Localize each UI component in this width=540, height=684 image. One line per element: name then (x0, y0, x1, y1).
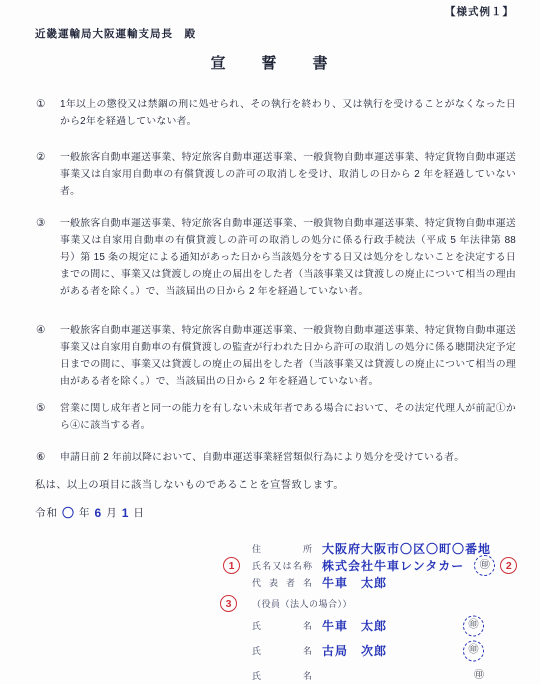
date-day-value: 1 (122, 506, 130, 520)
seal-glyph: ㊞ (469, 621, 479, 631)
item-number: ③ (36, 215, 60, 300)
oath-document-page: 【様式例１】 近畿運輸局大阪運輸支局長 殿 宣 誓 書 ① 1年以上の懲役又は禁… (0, 0, 540, 684)
officer-name-value: 牛車 太郎 (322, 617, 440, 634)
officer-seal-icon: ㊞ (463, 615, 484, 636)
officer-name-label: 氏名 (252, 619, 312, 632)
oath-item-3: ③ 一般旅客自動車運送事業、特定旅客自動車運送事業、一般貨物自動車運送事業、特定… (36, 215, 516, 300)
date-month-value: 6 (95, 506, 103, 520)
item-number: ② (36, 149, 60, 200)
oath-item-6: ⑥ 申請日前 2 年前以降において、自動車運送事業経営類似行為により処分を受けて… (36, 449, 516, 466)
item-text: 一般旅客自動車運送事業、特定旅客自動車運送事業、一般貨物自動車運送事業、特定貨物… (60, 149, 516, 200)
day-label: 日 (133, 505, 145, 520)
form-style-tag: 【様式例１】 (445, 4, 514, 19)
officers-note: （役員（法人の場合）） (252, 597, 352, 610)
officer-seal-icon: ㊞ (463, 640, 484, 661)
officer-row-1: 氏名 牛車 太郎 ㊞ (224, 613, 526, 638)
item-number: ⑥ (36, 449, 60, 466)
seal-glyph: ㊞ (480, 561, 490, 571)
era-label: 令和 (35, 505, 58, 520)
date-line: 令和 〇 年 6 月 1 日 (35, 504, 145, 521)
month-label: 月 (106, 505, 118, 520)
officer-name-value: 古局 次郎 (322, 642, 440, 659)
address-value: 大阪府大阪市〇区〇町〇番地 (322, 540, 491, 557)
address-label: 住所 (252, 542, 312, 555)
seal-glyph: ㊞ (474, 671, 484, 681)
company-name-row: 1 氏名又は名称 株式会社牛車レンタカー ㊞ 2 (224, 557, 526, 574)
annotation-circle-3: 3 (220, 595, 237, 612)
annotation-circle-2: 2 (500, 557, 517, 574)
declaration-line: 私は、以上の項目に該当しないものであることを宣誓致します。 (35, 476, 344, 491)
oath-item-2: ② 一般旅客自動車運送事業、特定旅客自動車運送事業、一般貨物自動車運送事業、特定… (36, 149, 516, 200)
item-number: ④ (36, 322, 60, 390)
company-seal-icon: ㊞ (474, 555, 495, 576)
annotation-circle-1: 1 (223, 557, 240, 574)
representative-value: 牛車 太郎 (322, 574, 387, 591)
applicant-form-block: 住所 大阪府大阪市〇区〇町〇番地 1 氏名又は名称 株式会社牛車レンタカー ㊞ … (224, 540, 526, 684)
company-name-label: 氏名又は名称 (252, 559, 312, 572)
officer-seal-icon-plain: ㊞ (474, 671, 484, 681)
year-label: 年 (79, 505, 91, 520)
oath-item-1: ① 1年以上の懲役又は禁錮の刑に処せられ、その執行を終わり、又は執行を受けること… (36, 96, 516, 130)
officer-name-label: 氏名 (252, 644, 312, 657)
item-text: 1年以上の懲役又は禁錮の刑に処せられ、その執行を終わり、又は執行を受けることがな… (60, 96, 516, 130)
item-text: 営業に関し成年者と同一の能力を有しない未成年者である場合において、その法定代理人… (60, 400, 516, 434)
company-name-value: 株式会社牛車レンタカー (322, 557, 464, 574)
item-text: 一般旅客自動車運送事業、特定旅客自動車運送事業、一般貨物自動車運送事業、特定貨物… (60, 215, 516, 300)
addressee-line: 近畿運輸局大阪運輸支局長 殿 (35, 26, 196, 41)
officer-row-2: 氏名 古局 次郎 ㊞ (224, 638, 526, 663)
representative-label: 代表者名 (252, 576, 312, 589)
oath-item-4: ④ 一般旅客自動車運送事業、特定旅客自動車運送事業、一般貨物自動車運送事業、特定… (36, 322, 516, 390)
item-number: ① (36, 96, 60, 130)
document-title: 宣 誓 書 (0, 52, 540, 73)
seal-glyph: ㊞ (469, 646, 479, 656)
item-text: 一般旅客自動車運送事業、特定旅客自動車運送事業、一般貨物自動車運送事業、特定貨物… (60, 322, 516, 390)
representative-row: 代表者名 牛車 太郎 (224, 574, 526, 591)
item-number: ⑤ (36, 400, 60, 434)
oath-item-5: ⑤ 営業に関し成年者と同一の能力を有しない未成年者である場合において、その法定代… (36, 400, 516, 434)
officers-note-row: 3 （役員（法人の場合）） (224, 594, 526, 613)
date-year-value: 〇 (62, 504, 75, 521)
officer-name-label: 氏名 (252, 669, 312, 682)
item-text: 申請日前 2 年前以降において、自動車運送事業経営類似行為により処分を受けている… (60, 449, 516, 466)
officer-row-3: 氏名 ㊞ (224, 663, 526, 684)
